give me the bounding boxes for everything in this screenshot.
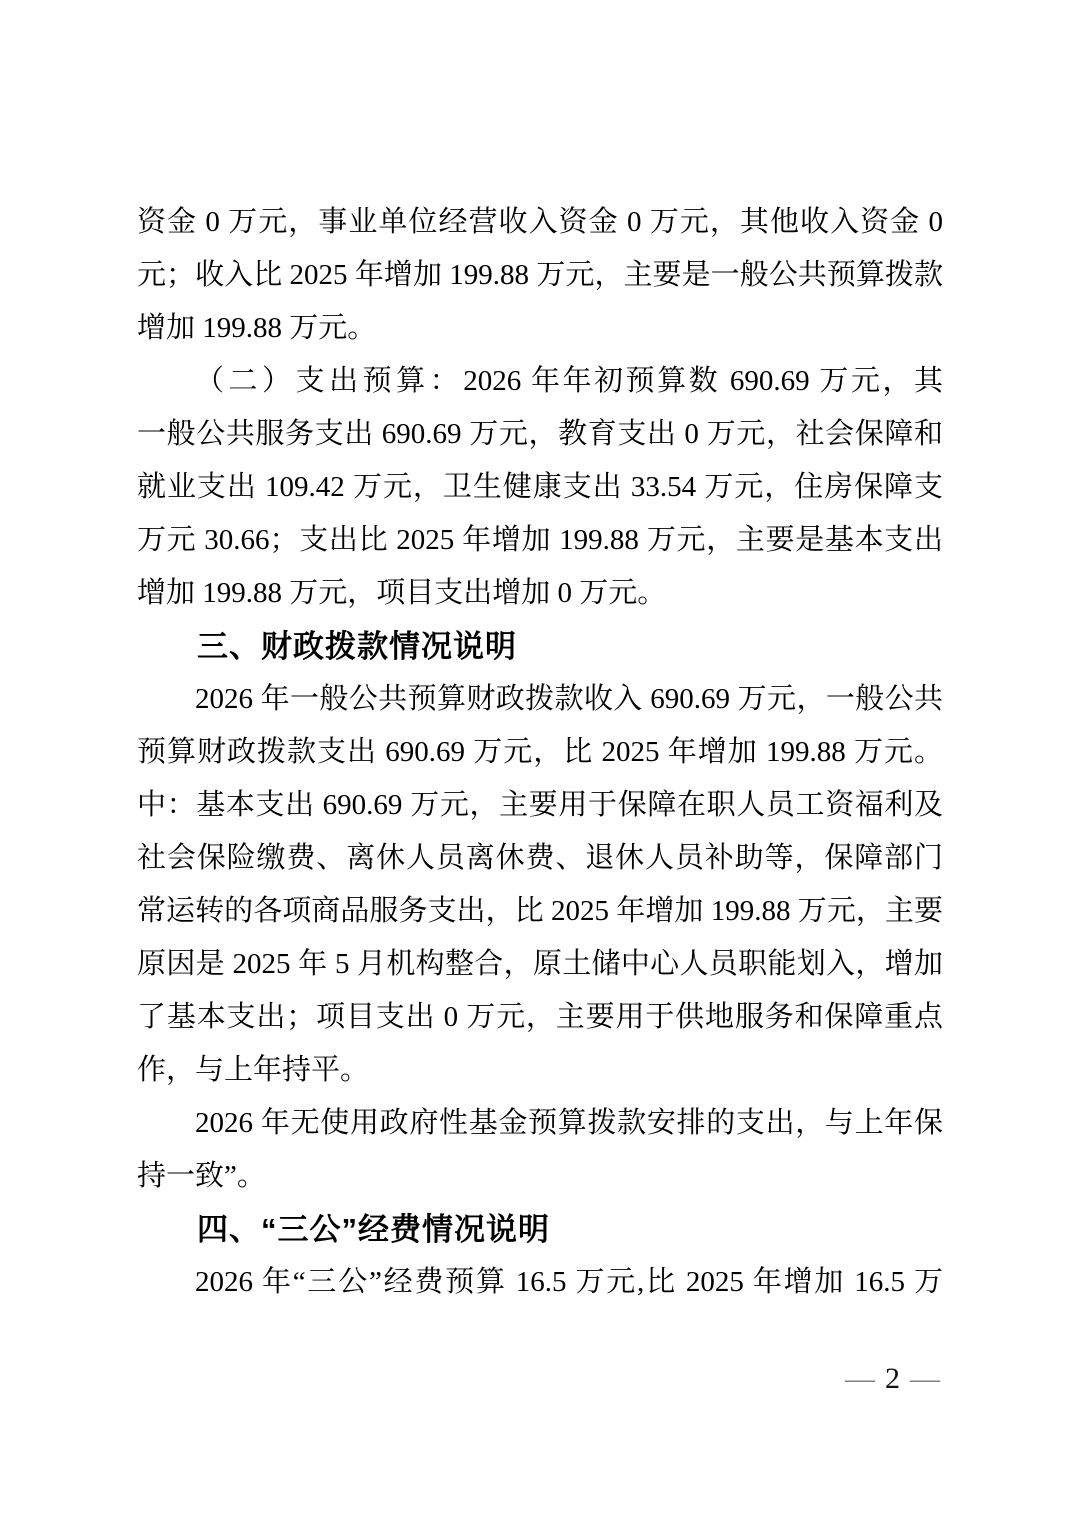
body-line: 增加 199.88 万元，项目支出增加 0 万元。 [137,567,943,620]
section-heading-three-public-expenses: 四、“三公”经费情况说明 [137,1203,943,1256]
body-line: 就业支出 109.42 万元，卫生健康支出 33.54 万元，住房保障支出 [137,461,943,514]
section-heading-fiscal-appropriation: 三、财政拨款情况说明 [137,620,943,673]
body-line: 2026 年无使用政府性基金预算拨款安排的支出，与上年保 [137,1097,943,1150]
body-line: 一般公共服务支出 690.69 万元，教育支出 0 万元，社会保障和 [137,408,943,461]
document-page: 资金 0 万元，事业单位经营收入资金 0 万元，其他收入资金 0 万 元；收入比… [0,0,1074,1520]
body-line: 元；收入比 2025 年增加 199.88 万元，主要是一般公共预算拨款 [137,249,943,302]
body-line: 增加 199.88 万元。 [137,302,943,355]
body-line: 预算财政拨款支出 690.69 万元，比 2025 年增加 199.88 万元。… [137,726,943,779]
page-number-dash-right: — [910,1362,940,1395]
page-number-dash-left: — [845,1362,875,1395]
body-line: 资金 0 万元，事业单位经营收入资金 0 万元，其他收入资金 0 万 [137,196,943,249]
document-body: 资金 0 万元，事业单位经营收入资金 0 万元，其他收入资金 0 万 元；收入比… [137,196,943,1309]
body-line: 中：基本支出 690.69 万元，主要用于保障在职人员工资福利及 [137,779,943,832]
page-number: —2— [845,1362,940,1396]
body-line: 2026 年一般公共预算财政拨款收入 690.69 万元，一般公共 [137,673,943,726]
body-line: 持一致”。 [137,1150,943,1203]
body-line: 原因是 2025 年 5 月机构整合，原土储中心人员职能划入，增加 [137,938,943,991]
body-line: 作，与上年持平。 [137,1044,943,1097]
subsection-label: （二）支出预算： [195,365,463,397]
body-line: 了基本支出；项目支出 0 万元，主要用于供地服务和保障重点工 [137,991,943,1044]
page-number-value: 2 [875,1362,910,1395]
body-line: 社会保险缴费、离休人员离休费、退休人员补助等，保障部门正 [137,832,943,885]
body-line: 万元 30.66；支出比 2025 年增加 199.88 万元，主要是基本支出 [137,514,943,567]
body-line: 常运转的各项商品服务支出，比 2025 年增加 199.88 万元，主要 [137,885,943,938]
body-line: （二）支出预算：2026 年年初预算数 690.69 万元，其中： [137,355,943,408]
body-line: 2026 年“三公”经费预算 16.5 万元,比 2025 年增加 16.5 万… [137,1256,943,1309]
